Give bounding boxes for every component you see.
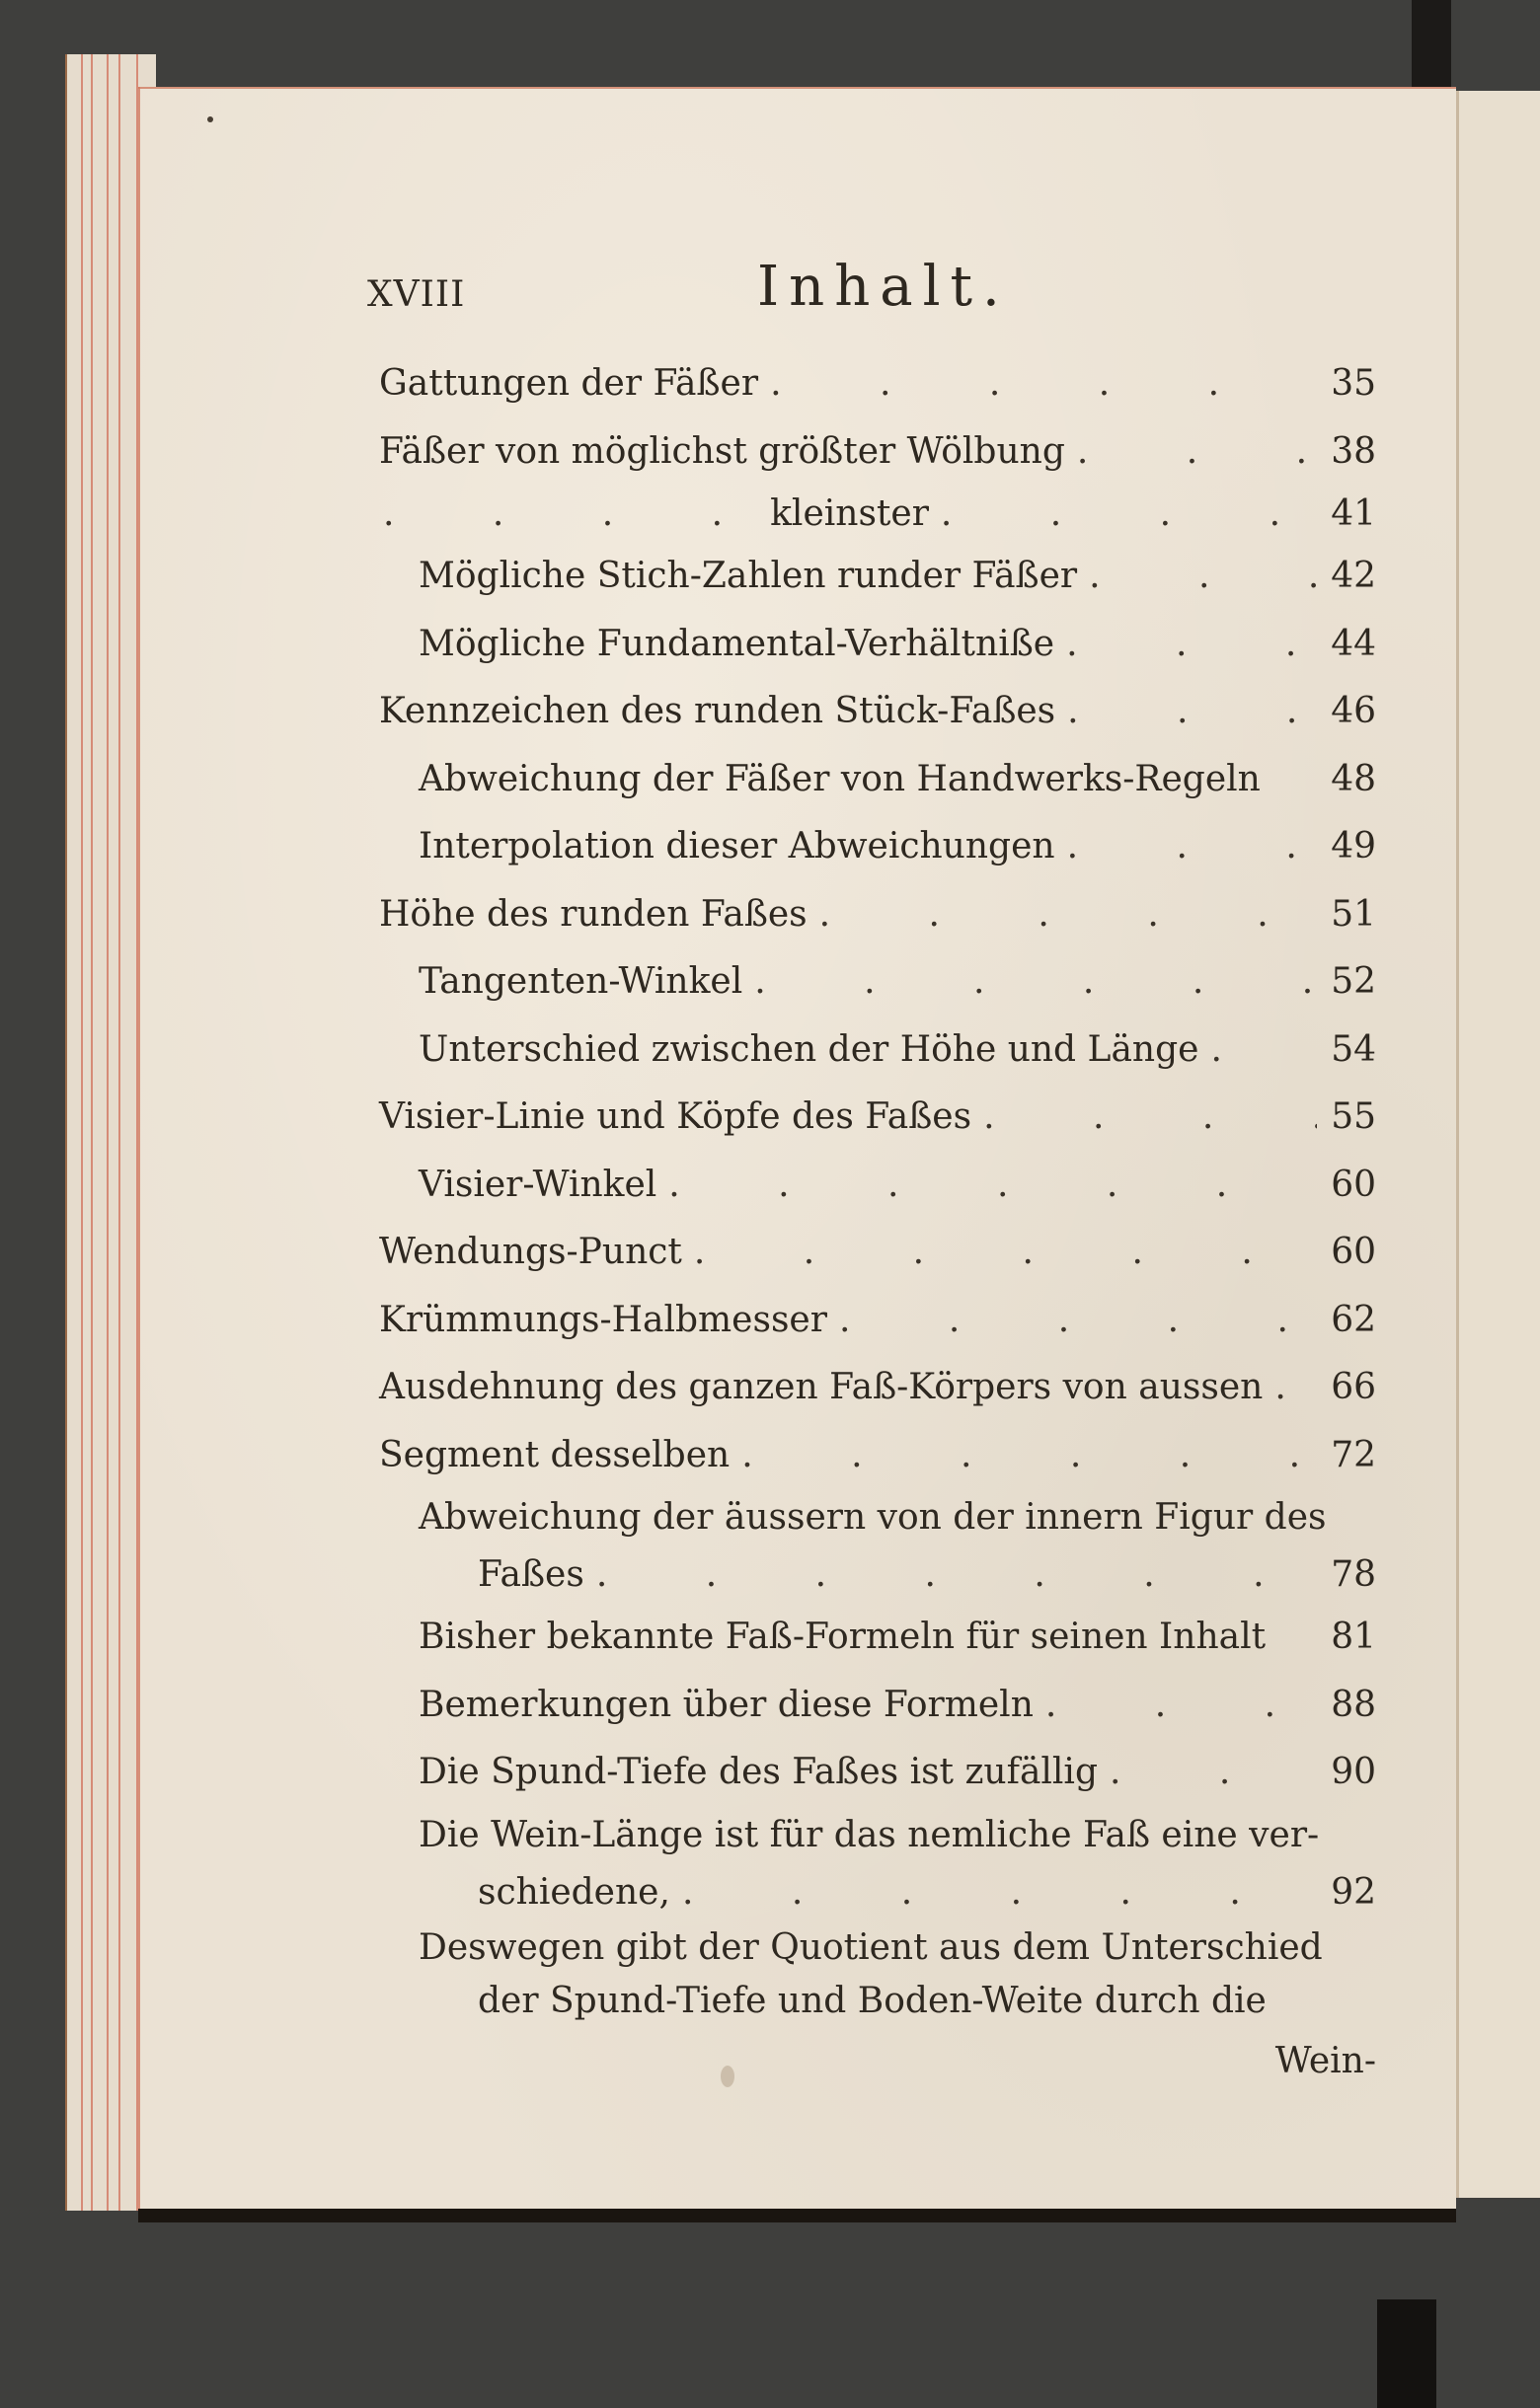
leader-dots: . . . . . . . . . . . xyxy=(1055,813,1317,881)
toc-entry: Deswegen gibt der Quotient aus dem Unter… xyxy=(379,1921,1376,1975)
red-frame-left xyxy=(138,87,140,2209)
entry-title: Ausdehnung des ganzen Faß-Körpers von au… xyxy=(379,1354,1263,1422)
entry-page: 46 xyxy=(1317,678,1376,746)
toc-entry: Segment desselben . . . . . . . . . . . … xyxy=(379,1422,1376,1490)
toc-entry: Interpolation dieser Abweichungen . . . … xyxy=(379,813,1376,881)
leader-dots: . . . . . . . . . . . xyxy=(758,350,1317,418)
entry-title: Segment desselben xyxy=(379,1422,730,1490)
entry-page: 92 xyxy=(1317,1864,1376,1921)
red-edge-line xyxy=(81,54,83,2211)
entry-title: Die Spund-Tiefe des Faßes ist zufällig xyxy=(419,1739,1098,1807)
entry-page: 55 xyxy=(1317,1084,1376,1152)
entry-page: 62 xyxy=(1317,1287,1376,1355)
toc-entry: Abweichung der Fäßer von Handwerks-Regel… xyxy=(379,746,1376,814)
table-of-contents: Gattungen der Fäßer . . . . . . . . . . … xyxy=(379,350,1376,2095)
entry-title: Mögliche Stich-Zahlen runder Fäßer xyxy=(419,543,1077,611)
toc-entry: Visier-Linie und Köpfe des Faßes . . . .… xyxy=(379,1084,1376,1152)
leader-dots: . . . . . . . . . . . xyxy=(808,881,1317,949)
entry-title: Mögliche Fundamental-Verhältniße xyxy=(419,611,1054,679)
toc-entry: Gattungen der Fäßer . . . . . . . . . . … xyxy=(379,350,1376,418)
leader-dots: . . . . . . . . . . . xyxy=(1077,543,1317,611)
toc-entry: Krümmungs-Halbmesser . . . . . . . . . .… xyxy=(379,1287,1376,1355)
toc-entry: Die Spund-Tiefe des Faßes ist zufällig .… xyxy=(379,1739,1376,1807)
entry-page: 66 xyxy=(1317,1354,1376,1422)
leader-dots: . . . . . . . . . . . xyxy=(1098,1739,1317,1807)
leader-dots: . . . . . . . . . . . xyxy=(1055,678,1317,746)
facing-page-edge xyxy=(1456,91,1540,2198)
entry-title: Fäßer von möglichst größter Wölbung xyxy=(379,418,1065,487)
toc-entry: . . . . kleinster . . . . . . . . . . . … xyxy=(379,486,1376,543)
red-edge-line xyxy=(107,54,109,2211)
entry-page: 72 xyxy=(1317,1422,1376,1490)
entry-title: schiedene, xyxy=(478,1864,670,1921)
entry-title: Deswegen gibt der Quotient aus dem Unter… xyxy=(419,1921,1323,1975)
entry-title: Faßes xyxy=(478,1546,584,1604)
entry-page: 52 xyxy=(1317,948,1376,1016)
entry-title: Kennzeichen des runden Stück-Faßes xyxy=(379,678,1055,746)
entry-page: 78 xyxy=(1317,1546,1376,1604)
toc-entry: Unterschied zwischen der Höhe und Länge … xyxy=(379,1016,1376,1085)
entry-title: Visier-Linie und Köpfe des Faßes xyxy=(379,1084,971,1152)
entry-title: Bisher bekannte Faß-Formeln für seinen I… xyxy=(419,1604,1266,1672)
leader-dots: . . . . . . . . . . . xyxy=(1198,1016,1317,1085)
entry-title: Gattungen der Fäßer xyxy=(379,350,758,418)
entry-page: 35 xyxy=(1317,350,1376,418)
backdrop-dark-band xyxy=(1412,0,1451,89)
toc-entry: Mögliche Stich-Zahlen runder Fäßer . . .… xyxy=(379,543,1376,611)
leader-dots: . . . . . . . . . . . xyxy=(929,486,1317,543)
red-frame-top xyxy=(138,87,1456,89)
entry-page: 49 xyxy=(1317,813,1376,881)
backdrop-shadow xyxy=(1377,2299,1436,2408)
toc-entry-continuation: Faßes . . . . . . . . . . . 78 xyxy=(379,1546,1376,1604)
entry-page: 51 xyxy=(1317,881,1376,949)
toc-entry: Mögliche Fundamental-Verhältniße . . . .… xyxy=(379,611,1376,679)
toc-entry: Abweichung der äussern von der innern Fi… xyxy=(379,1489,1376,1546)
leader-dots: . . . . . . . . . . . xyxy=(1034,1672,1317,1740)
leader-dots: . . . . . . . . . . . xyxy=(1054,611,1317,679)
toc-entry: Wendungs-Punct . . . . . . . . . . . 60 xyxy=(379,1219,1376,1287)
toc-entry-continuation: der Spund-Tiefe und Boden-Weite durch di… xyxy=(379,1975,1376,2028)
entry-title: der Spund-Tiefe und Boden-Weite durch di… xyxy=(478,1975,1267,2028)
toc-entry: Bemerkungen über diese Formeln . . . . .… xyxy=(379,1672,1376,1740)
toc-entry: Bisher bekannte Faß-Formeln für seinen I… xyxy=(379,1604,1376,1672)
folio-number: XVIII xyxy=(367,274,465,315)
entry-title: kleinster xyxy=(770,486,929,543)
catchword-row: Wein- xyxy=(379,2028,1376,2096)
entry-title: Die Wein-Länge ist für das nemliche Faß … xyxy=(419,1807,1319,1864)
entry-page: 44 xyxy=(1317,611,1376,679)
leader-dots: . . . . . . . . . . . xyxy=(656,1152,1317,1220)
entry-page: 88 xyxy=(1317,1672,1376,1740)
toc-entry: Fäßer von möglichst größter Wölbung . . … xyxy=(379,418,1376,487)
toc-entry: Visier-Winkel . . . . . . . . . . . 60 xyxy=(379,1152,1376,1220)
toc-entry: Die Wein-Länge ist für das nemliche Faß … xyxy=(379,1807,1376,1864)
entry-page: 41 xyxy=(1317,486,1376,543)
leader-dots: . . . . . . . . . . . xyxy=(742,948,1317,1016)
entry-title: Wendungs-Punct xyxy=(379,1219,682,1287)
entry-title: Visier-Winkel xyxy=(419,1152,656,1220)
entry-page: 81 xyxy=(1317,1604,1376,1672)
entry-page: 90 xyxy=(1317,1739,1376,1807)
entry-page: 60 xyxy=(1317,1152,1376,1220)
paper-speck xyxy=(207,116,213,122)
toc-entry: Tangenten-Winkel . . . . . . . . . . . 5… xyxy=(379,948,1376,1016)
leader-dots: . . . . . . . . . . . xyxy=(584,1546,1317,1604)
red-edge-line xyxy=(118,54,120,2211)
leader-dots: . . . . . . . . . . . xyxy=(827,1287,1317,1355)
entry-title: Höhe des runden Faßes xyxy=(379,881,808,949)
leader-dots: . . . . . . . . . . . xyxy=(971,1084,1317,1152)
leader-dots: . xyxy=(1263,1354,1317,1422)
entry-title: Bemerkungen über diese Formeln xyxy=(419,1672,1034,1740)
entry-title: Abweichung der äussern von der innern Fi… xyxy=(419,1489,1327,1546)
entry-title: Abweichung der Fäßer von Handwerks-Regel… xyxy=(419,746,1261,814)
leader-dots: . . . . . . . . . . . xyxy=(1065,418,1317,487)
prefix-leader-dots: . . . . xyxy=(379,486,770,543)
catchword: Wein- xyxy=(1275,2028,1376,2096)
toc-entry-continuation: schiedene, . . . . . . . . . . . 92 xyxy=(379,1864,1376,1921)
entry-title: Tangenten-Winkel xyxy=(419,948,742,1016)
entry-page: 38 xyxy=(1317,418,1376,487)
page-header: XVIII Inhalt. xyxy=(367,255,1374,324)
leader-dots: . . . . . . . . . . . xyxy=(730,1422,1317,1490)
leader-dots: . . . . . . . . . . . xyxy=(670,1864,1317,1921)
entry-title: Krümmungs-Halbmesser xyxy=(379,1287,827,1355)
entry-page: 48 xyxy=(1317,746,1376,814)
entry-page: 60 xyxy=(1317,1219,1376,1287)
entry-title: Interpolation dieser Abweichungen xyxy=(419,813,1055,881)
entry-title: Unterschied zwischen der Höhe und Länge xyxy=(419,1016,1198,1085)
red-edge-line xyxy=(91,54,93,2211)
toc-entry: Ausdehnung des ganzen Faß-Körpers von au… xyxy=(379,1354,1376,1422)
leader-dots: . . . . . . . . . . . xyxy=(682,1219,1317,1287)
entry-page: 42 xyxy=(1317,543,1376,611)
toc-entry: Kennzeichen des runden Stück-Faßes . . .… xyxy=(379,678,1376,746)
running-title: Inhalt. xyxy=(757,255,1010,319)
toc-entry: Höhe des runden Faßes . . . . . . . . . … xyxy=(379,881,1376,949)
entry-page: 54 xyxy=(1317,1016,1376,1085)
